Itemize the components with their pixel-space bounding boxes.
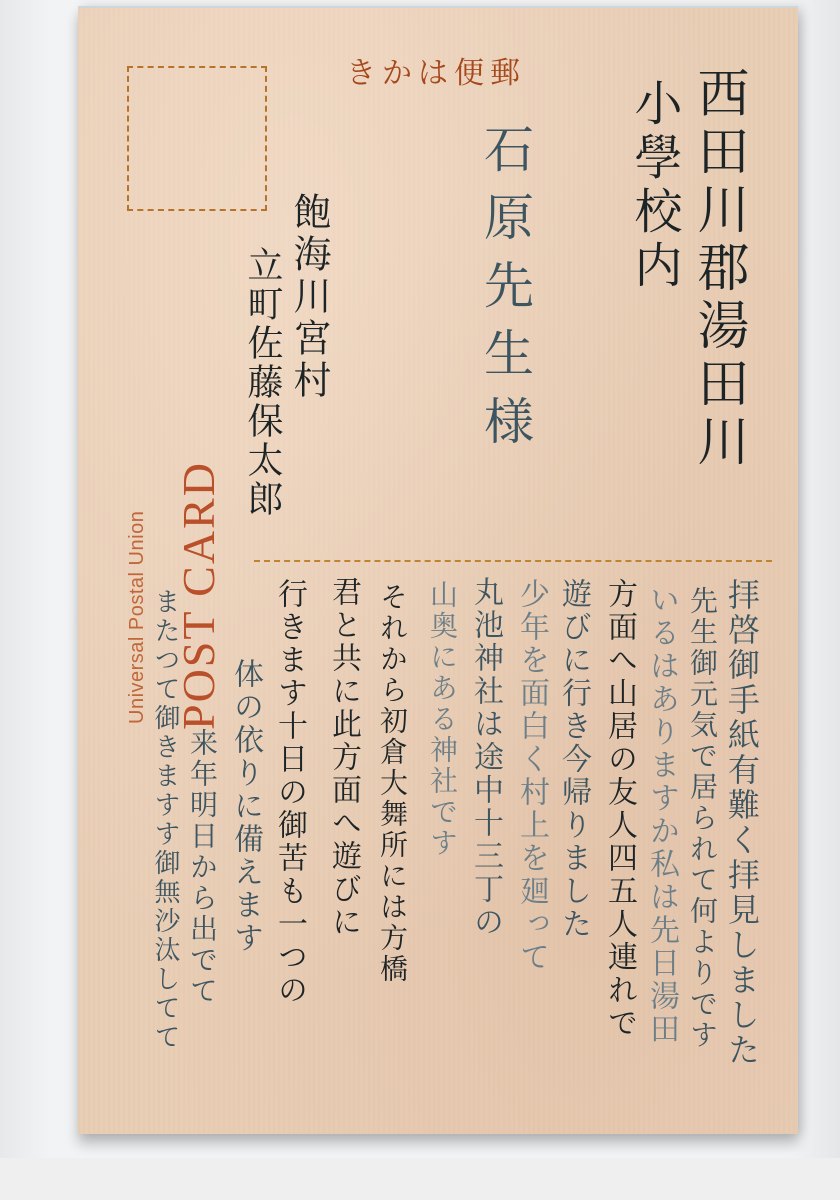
message-column: 少年を面白く村上を廻って (516, 578, 546, 974)
recipient-name: 石原先生様 (480, 123, 530, 463)
message-column: 先生御元気で居られて何よりです (688, 586, 716, 1051)
message-column: 遊びに行き今帰りました (558, 578, 588, 941)
message-column: またつて御きますす御無沙汰してて (152, 588, 178, 1052)
postcard: きかは便郵 Universal Postal Union POST CARD 西… (78, 6, 798, 1134)
message-column: 丸池神社は途中十三丁の (470, 576, 500, 939)
message-column: 体の依りに備えます (230, 658, 260, 955)
stamp-box (127, 66, 267, 211)
sender-address: 飽海川宮村 (290, 192, 328, 402)
message-column: 山奥にある神社です (428, 580, 456, 859)
address-message-divider (254, 560, 772, 562)
message-column: それから初倉大舞所には方橋 (378, 582, 406, 985)
message-column: 君と共に此方面へ遊びに (328, 576, 358, 939)
sender-name: 立町佐藤保太郎 (244, 246, 280, 519)
universal-postal-union-label: Universal Postal Union (126, 511, 149, 724)
message-column: 拝啓御手紙有難く拝見しました (726, 578, 758, 1068)
recipient-address-line-2: 小學校内 (630, 78, 678, 294)
message-column: 方面へ山居の友人四五人連れで (604, 578, 634, 1040)
message-column: 行きます十日の御苦も一つの (274, 578, 304, 1007)
recipient-address-line-1: 西田川郡湯田川 (692, 66, 744, 472)
message-column: いるはありますか私は先日湯田 (646, 584, 676, 1046)
postcard-header-title: きかは便郵 (346, 48, 526, 92)
message-column: 来年明日から出でて (188, 728, 216, 1007)
